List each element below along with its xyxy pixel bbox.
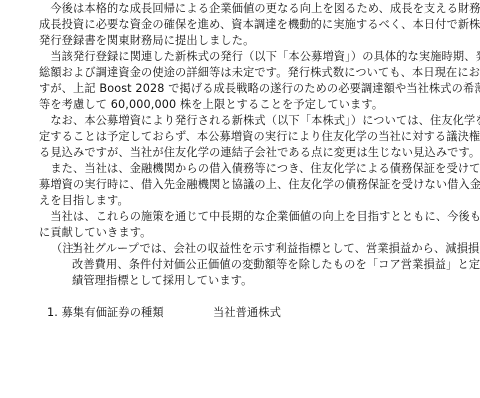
paragraph-2-line-4: 等を考慮して 60,000,000 株を上限とすることを予定しています。 bbox=[39, 97, 439, 113]
paragraph-5-line-1: 当社は、これらの施策を通じて中長期的な企業価値の向上を目指すとともに、今後も社会… bbox=[39, 209, 439, 225]
paragraph-4-line-1: また、当社は、金融機関からの借入債務等につき、住友化学による債務保証を受けていま… bbox=[39, 161, 439, 177]
paragraph-5-line-2: に貢献していきます。 bbox=[39, 225, 439, 241]
item-1-value: 当社普通株式 bbox=[213, 305, 281, 321]
item-1-label: 1. 募集有価証券の種類 bbox=[47, 305, 164, 321]
document-page: 今後は本格的な成長回帰による企業価値の更なる向上を図るため、成長を支える財務基盤… bbox=[0, 0, 480, 398]
note-1-line-3: 績管理指標として採用しています。 bbox=[72, 273, 253, 289]
note-1-line-1: 当社グループでは、会社の収益性を示す利益指標として、営業損益から、減損損失、事業… bbox=[72, 241, 480, 257]
note-1-line-2: 改善費用、条件付対価公正価値の変動額等を除したものを「コア営業損益」と定義し、独… bbox=[72, 257, 480, 273]
paragraph-3-line-3: る見込みですが、当社が住友化学の連結子会社である点に変更は生じない見込みです。 bbox=[39, 145, 439, 161]
paragraph-2-line-3: すが、上記 Boost 2028 で掲げる成長戦略の遂行のための必要調達額や当社… bbox=[39, 81, 439, 97]
paragraph-4-line-3: えを目指します。 bbox=[39, 193, 439, 209]
paragraph-2-line-2: 総額および調達資金の使途の詳細等は未定です。発行株式数についても、本日現在におい… bbox=[39, 65, 439, 81]
paragraph-2-line-1: 当該発行登録に関連した新株式の発行（以下「本公募増資」）の具体的な実施時期、発行… bbox=[39, 49, 439, 65]
paragraph-1-line-3: 発行登録書を関東財務局に提出しました。 bbox=[39, 33, 439, 49]
paragraph-4-line-2: 募増資の実行時に、借入先金融機関と協議の上、住友化学の債務保証を受けない借入金へ… bbox=[39, 177, 439, 193]
paragraph-3-line-2: 定することは予定しておらず、本公募増資の実行により住友化学の当社に対する議決権比… bbox=[39, 129, 439, 145]
paragraph-1-line-2: 成長投資に必要な資金の確保を進め、資本調達を機動的に実施するべく、本日付で新株式… bbox=[39, 17, 439, 33]
paragraph-1-line-1: 今後は本格的な成長回帰による企業価値の更なる向上を図るため、成長を支える財務基盤… bbox=[39, 1, 439, 17]
paragraph-3-line-1: なお、本公募増資により発行される新株式（以下「本株式」）については、住友化学を販… bbox=[39, 113, 439, 129]
